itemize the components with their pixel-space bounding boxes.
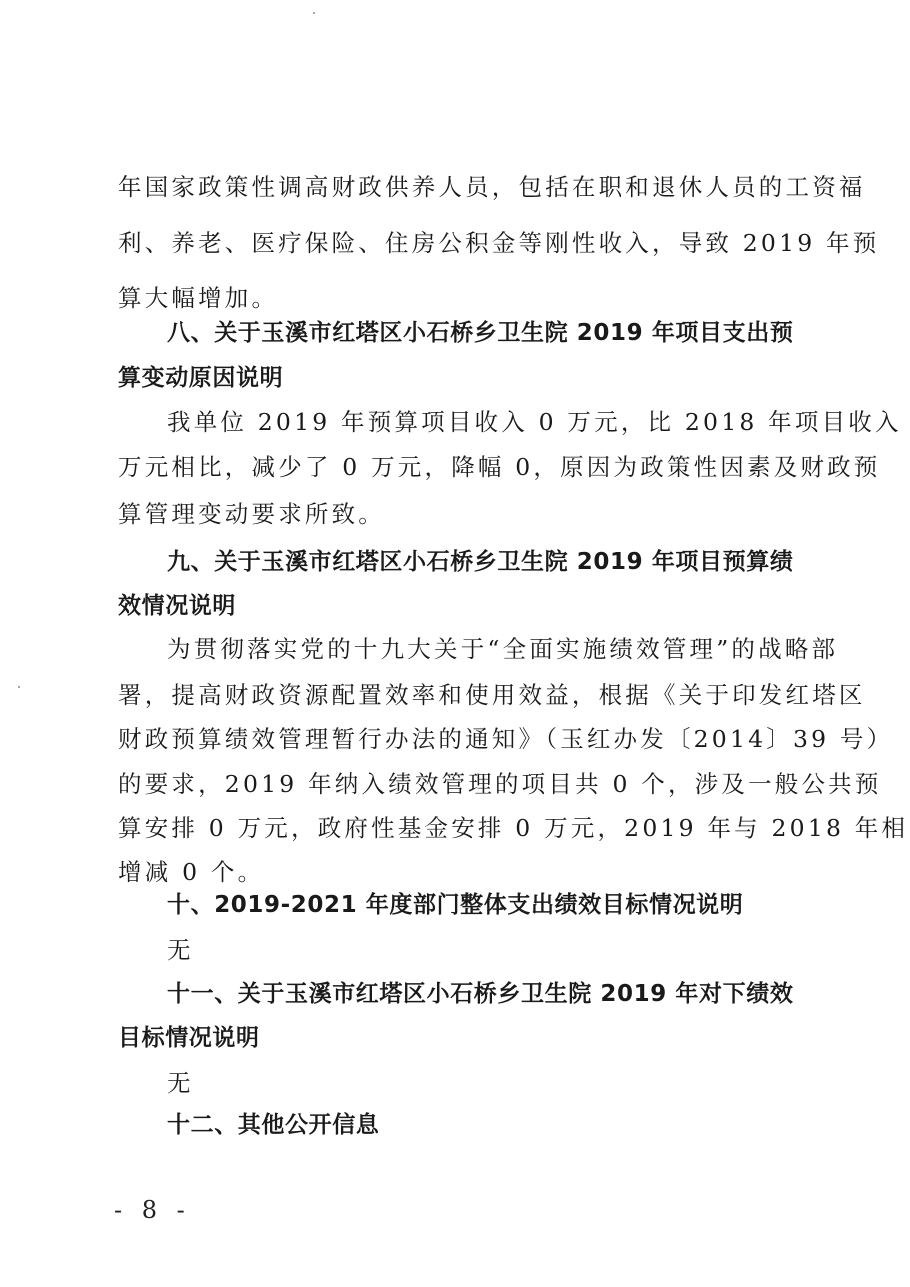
scan-speck (18, 686, 20, 688)
body-line: 增减 0 个。 (118, 857, 808, 887)
document-page: 年国家政策性调高财政供养人员，包括在职和退休人员的工资福 利、养老、医疗保险、住… (0, 0, 910, 1287)
section-heading-10: 十、2019-2021 年度部门整体支出绩效目标情况说明 (167, 890, 857, 920)
section-heading-9: 九、关于玉溪市红塔区小石桥乡卫生院 2019 年项目预算绩 (167, 547, 857, 577)
section-heading-11: 十一、关于玉溪市红塔区小石桥乡卫生院 2019 年对下绩效 (167, 979, 857, 1009)
section-heading-12: 十二、其他公开信息 (167, 1110, 857, 1140)
section-heading-11-cont: 目标情况说明 (118, 1023, 808, 1053)
body-line: 利、养老、医疗保险、住房公积金等刚性收入，导致 2019 年预 (118, 228, 808, 258)
body-line: 算大幅增加。 (118, 283, 808, 313)
body-line: 无 (167, 1068, 857, 1098)
body-line: 我单位 2019 年预算项目收入 0 万元，比 2018 年项目收入 0 (167, 407, 857, 437)
section-heading-8: 八、关于玉溪市红塔区小石桥乡卫生院 2019 年项目支出预 (167, 318, 857, 348)
scan-speck (313, 12, 315, 14)
body-line: 财政预算绩效管理暂行办法的通知》（玉红办发〔2014〕39 号） (118, 724, 808, 754)
body-line: 年国家政策性调高财政供养人员，包括在职和退休人员的工资福 (118, 172, 808, 202)
body-line: 万元相比，减少了 0 万元，降幅 0，原因为政策性因素及财政预 (118, 452, 808, 482)
body-line: 无 (167, 935, 857, 965)
page-number: - 8 - (114, 1196, 191, 1224)
section-heading-9-cont: 效情况说明 (118, 591, 808, 621)
body-line: 为贯彻落实党的十九大关于“全面实施绩效管理”的战略部 (167, 634, 857, 664)
body-line: 署，提高财政资源配置效率和使用效益，根据《关于印发红塔区 (118, 680, 808, 710)
body-line: 算管理变动要求所致。 (118, 499, 808, 529)
body-line: 的要求，2019 年纳入绩效管理的项目共 0 个，涉及一般公共预 (118, 769, 808, 799)
section-heading-8-cont: 算变动原因说明 (118, 363, 808, 393)
body-line: 算安排 0 万元，政府性基金安排 0 万元，2019 年与 2018 年相比 (118, 813, 808, 843)
